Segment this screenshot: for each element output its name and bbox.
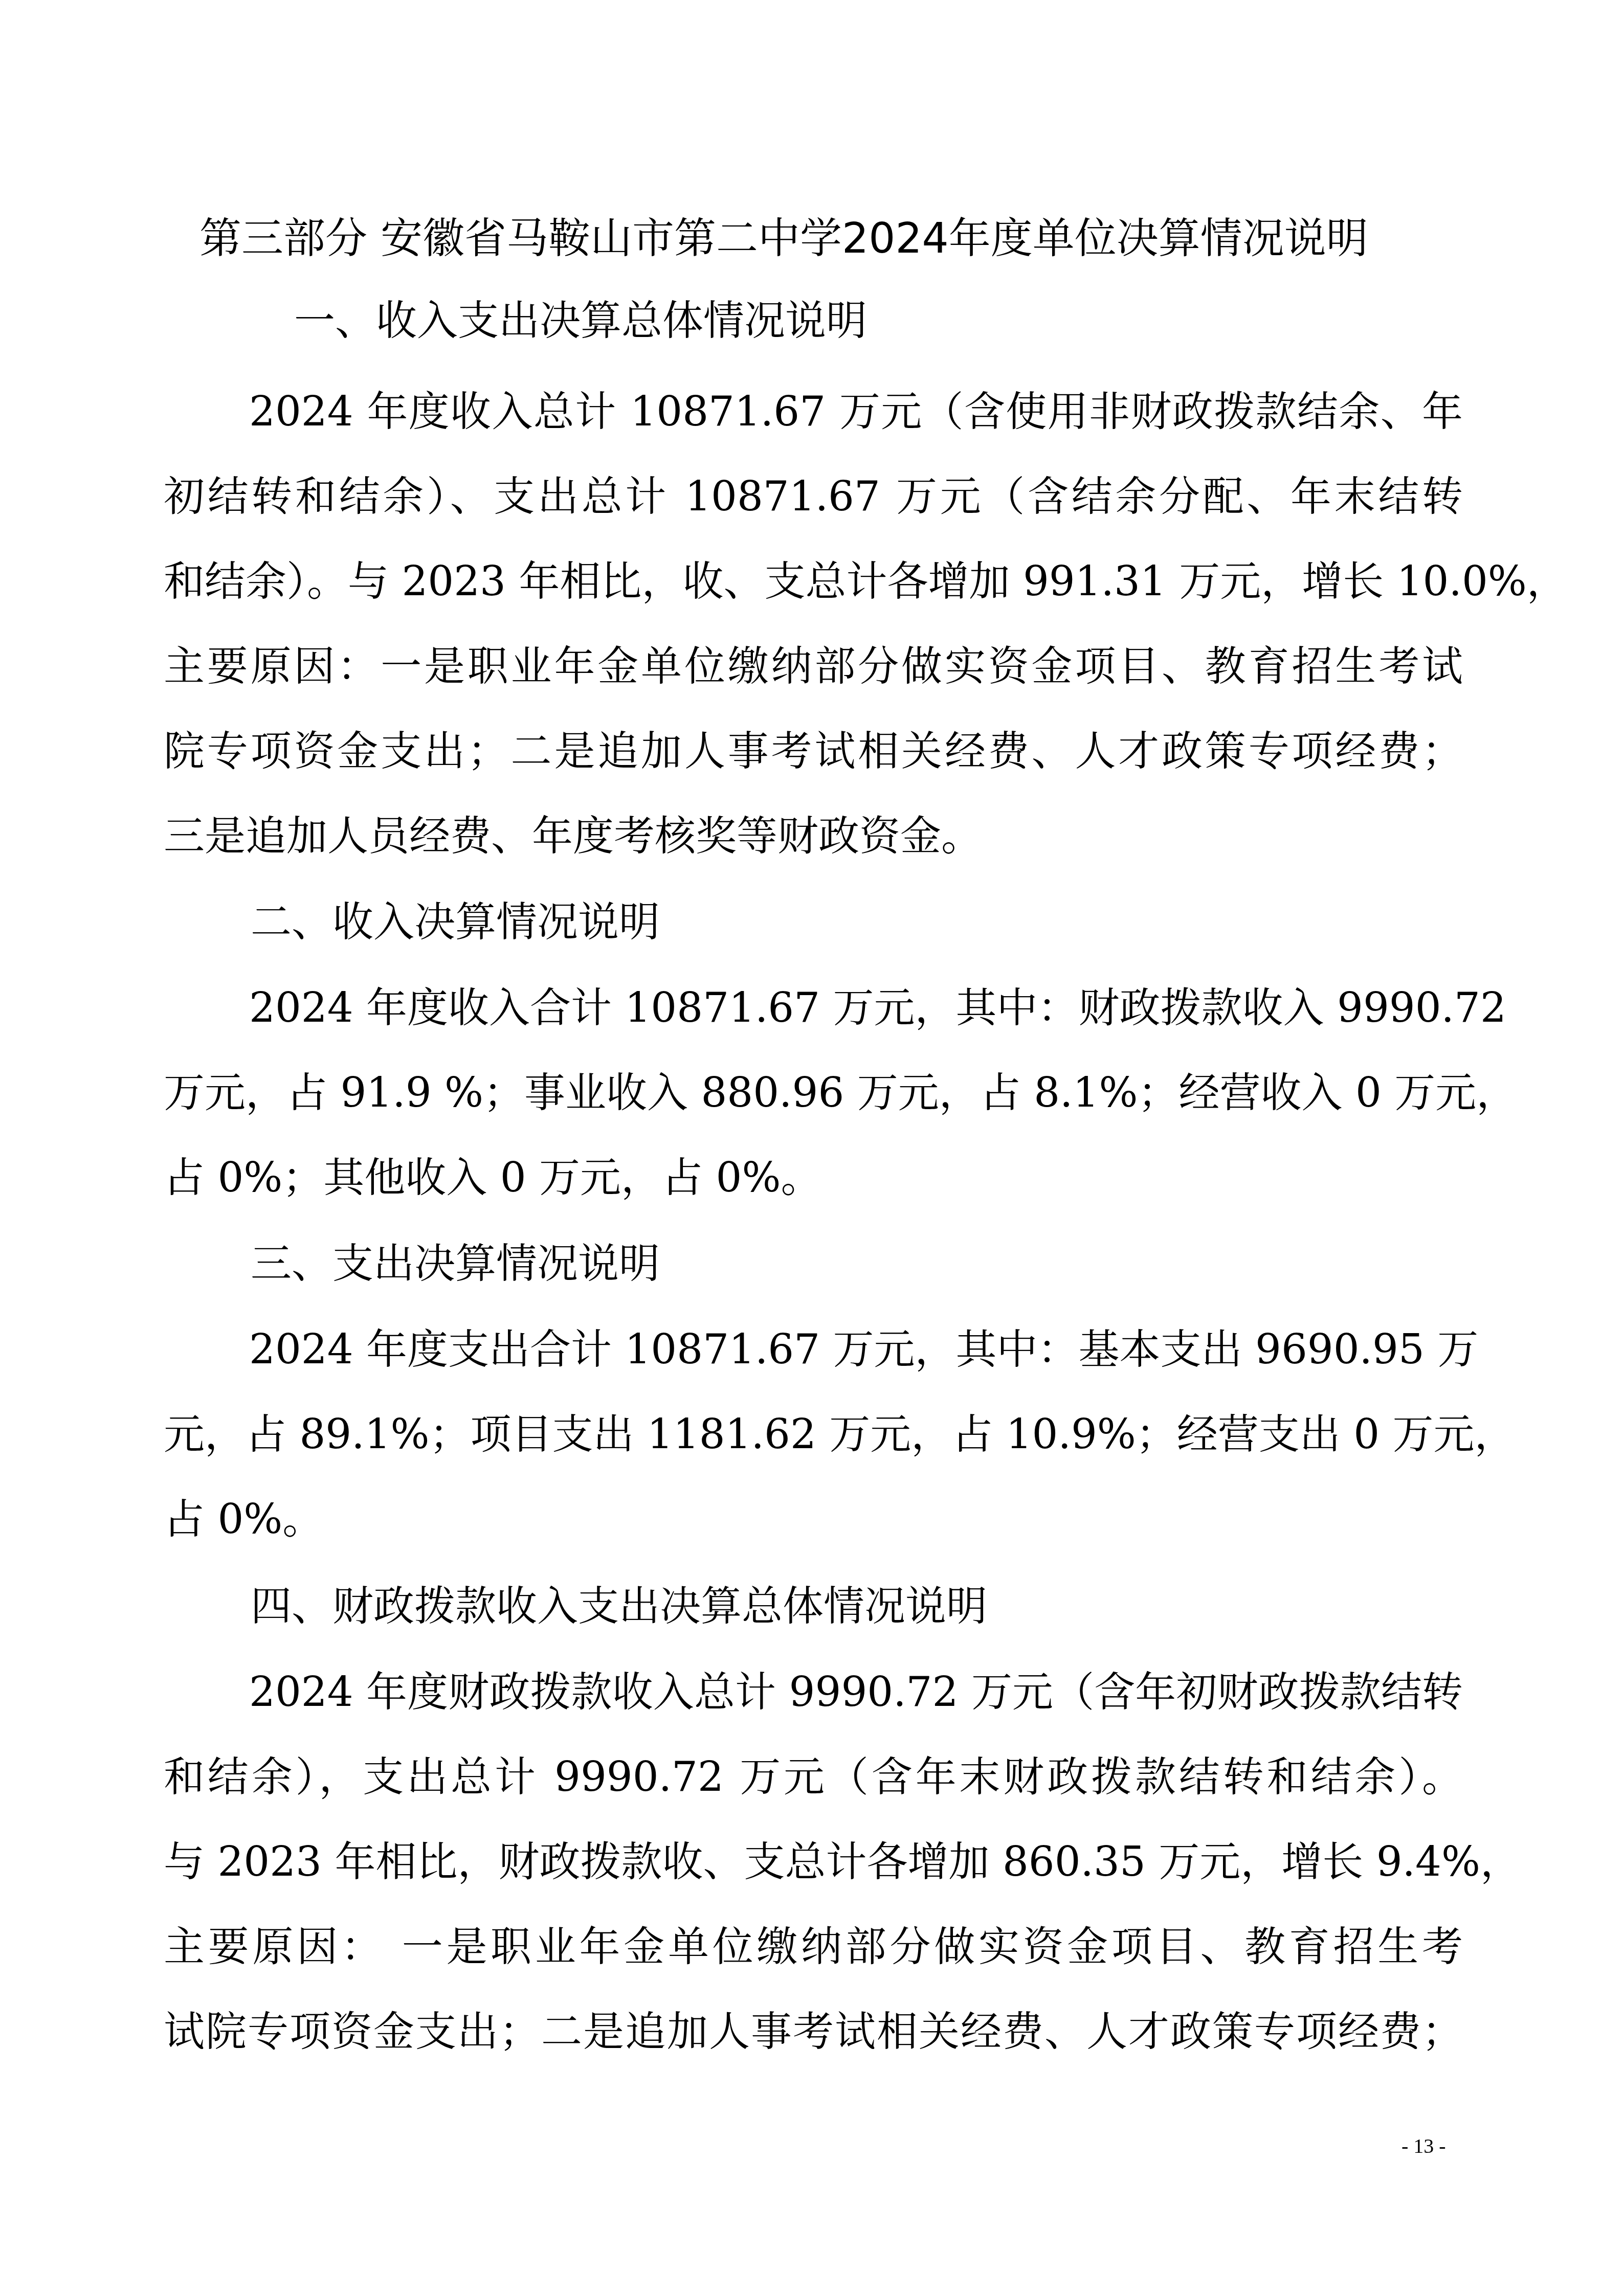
paragraph-line: 占 0%。 [164,1491,1463,1547]
paragraph-line: 2024 年度收入合计 10871.67 万元，其中：财政拨款收入 9990.7… [249,980,1463,1036]
paragraph-line: 与 2023 年相比，财政拨款收、支总计各增加 860.35 万元，增长 9.4… [164,1834,1463,1890]
page-title: 第三部分 安徽省马鞍山市第二中学2024年度单位决算情况说明 [199,211,1463,267]
paragraph-line: 和结余），支出总计 9990.72 万元（含年末财政拨款结转和结余）。 [164,1749,1463,1805]
paragraph-line: 万元，占 91.9 %；事业收入 880.96 万元，占 8.1%；经营收入 0… [164,1065,1463,1121]
paragraph-line: 初结转和结余）、支出总计 10871.67 万元（含结余分配、年末结转 [164,468,1463,525]
section-heading-2: 二、收入决算情况说明 [251,894,1624,950]
paragraph-line: 元，占 89.1%；项目支出 1181.62 万元，占 10.9%；经营支出 0… [164,1406,1463,1462]
paragraph-line: 2024 年度财政拨款收入总计 9990.72 万元（含年初财政拨款结转 [249,1664,1463,1720]
paragraph-line: 2024 年度收入总计 10871.67 万元（含使用非财政拨款结余、年 [249,384,1463,440]
paragraph-line: 2024 年度支出合计 10871.67 万元，其中：基本支出 9690.95 … [249,1321,1463,1378]
document-page: 第三部分 安徽省马鞍山市第二中学2024年度单位决算情况说明 一、收入支出决算总… [0,0,1624,2296]
section-heading-3: 三、支出决算情况说明 [251,1235,1624,1292]
paragraph-line: 和结余）。与 2023 年相比，收、支总计各增加 991.31 万元，增长 10… [164,553,1463,610]
section-heading-1: 一、收入支出决算总体情况说明 [294,292,1624,349]
paragraph-line: 主要原因： 一是职业年金单位缴纳部分做实资金项目、教育招生考 [164,1919,1463,1975]
page-number: - 13 - [1401,2133,1446,2159]
paragraph-line: 三是追加人员经费、年度考核奖等财政资金。 [164,808,1463,864]
paragraph-line: 占 0%；其他收入 0 万元，占 0%。 [164,1150,1463,1206]
paragraph-line: 试院专项资金支出；二是追加人事考试相关经费、人才政策专项经费； [164,2004,1463,2060]
paragraph-line: 院专项资金支出；二是追加人事考试相关经费、人才政策专项经费； [164,723,1463,779]
paragraph-line: 主要原因：一是职业年金单位缴纳部分做实资金项目、教育招生考试 [164,638,1463,694]
section-heading-4: 四、财政拨款收入支出决算总体情况说明 [251,1578,1624,1634]
